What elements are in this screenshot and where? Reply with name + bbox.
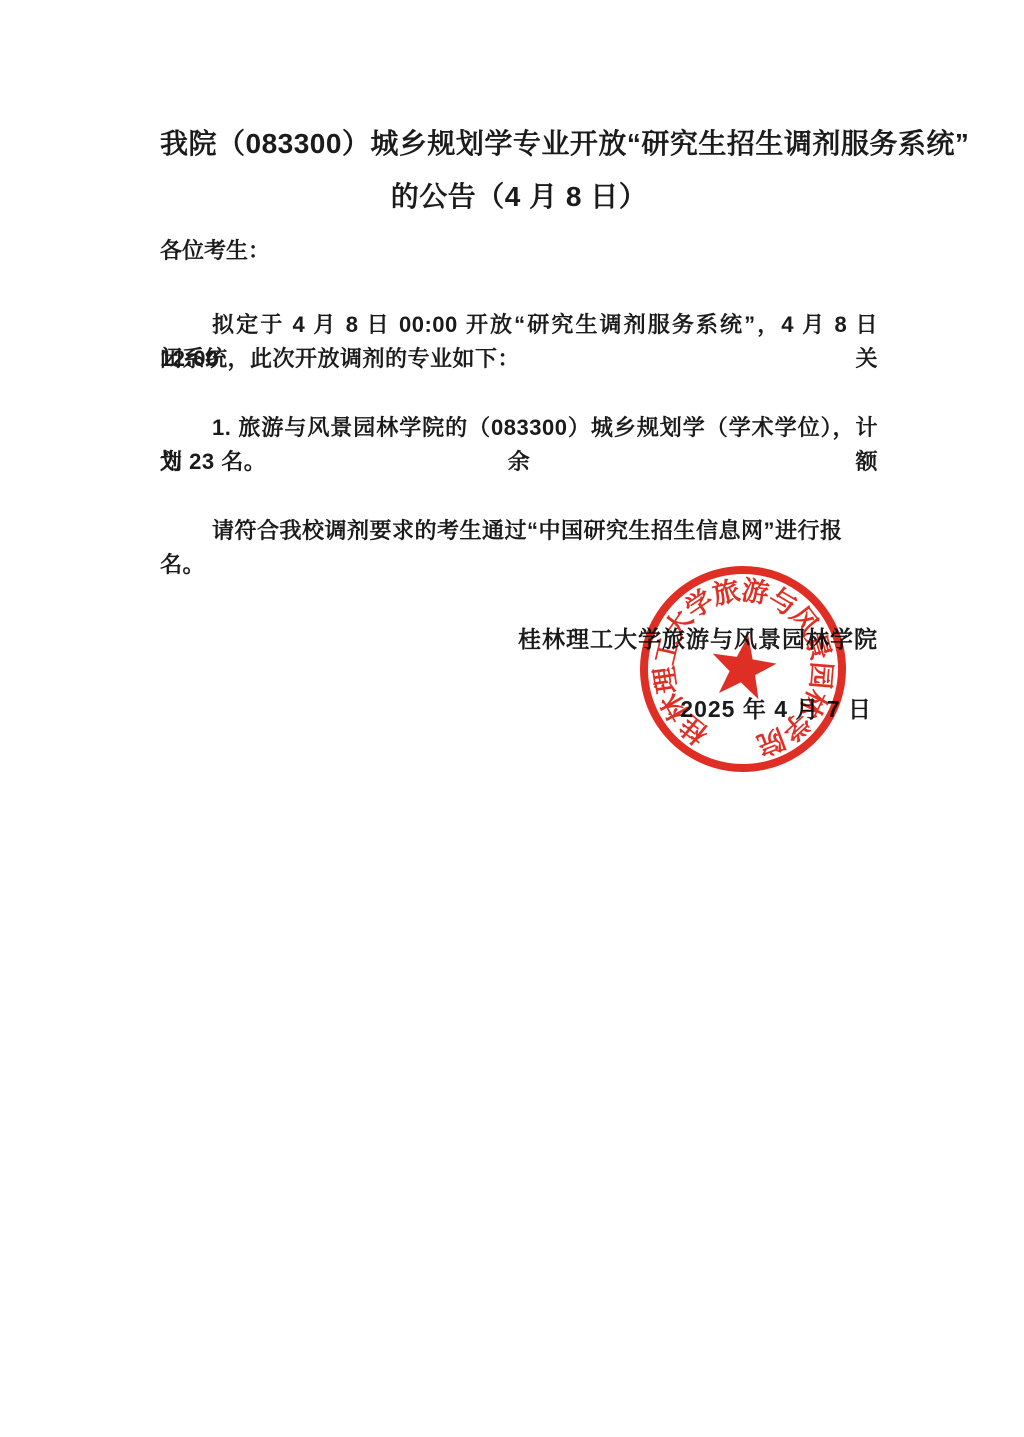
signature-org: 桂林理工大学旅游与风景园林学院 [160, 625, 878, 653]
title-line-2: 的公告（4 月 8 日） [160, 181, 878, 213]
salutation: 各位考生： [160, 238, 878, 264]
svg-text:院: 院 [753, 723, 789, 761]
paragraph-1-line-1: 拟定于 4 月 8 日 00:00 开放“研究生调剂服务系统”，4 月 8 日 … [160, 308, 878, 342]
document-title: 我院（083300）城乡规划学专业开放“研究生招生调剂服务系统” 的公告（4 月… [160, 128, 878, 213]
paragraph-2: 1. 旅游与风景园林学院的（083300）城乡规划学（学术学位），计划余额 为 … [160, 411, 878, 479]
announcement-body: 我院（083300）城乡规划学专业开放“研究生招生调剂服务系统” 的公告（4 月… [160, 0, 878, 723]
paragraph-1: 拟定于 4 月 8 日 00:00 开放“研究生调剂服务系统”，4 月 8 日 … [160, 308, 878, 376]
paragraph-3-line-1: 请符合我校调剂要求的考生通过“中国研究生招生信息网”进行报名。 [160, 514, 878, 548]
title-line-1: 我院（083300）城乡规划学专业开放“研究生招生调剂服务系统” [160, 128, 878, 160]
document-page: 我院（083300）城乡规划学专业开放“研究生招生调剂服务系统” 的公告（4 月… [0, 0, 1024, 1437]
paragraph-3: 请符合我校调剂要求的考生通过“中国研究生招生信息网”进行报名。 [160, 514, 878, 548]
paragraph-2-line-1: 1. 旅游与风景园林学院的（083300）城乡规划学（学术学位），计划余额 [160, 411, 878, 445]
signature-date: 2025 年 4 月 7 日 [160, 695, 878, 723]
